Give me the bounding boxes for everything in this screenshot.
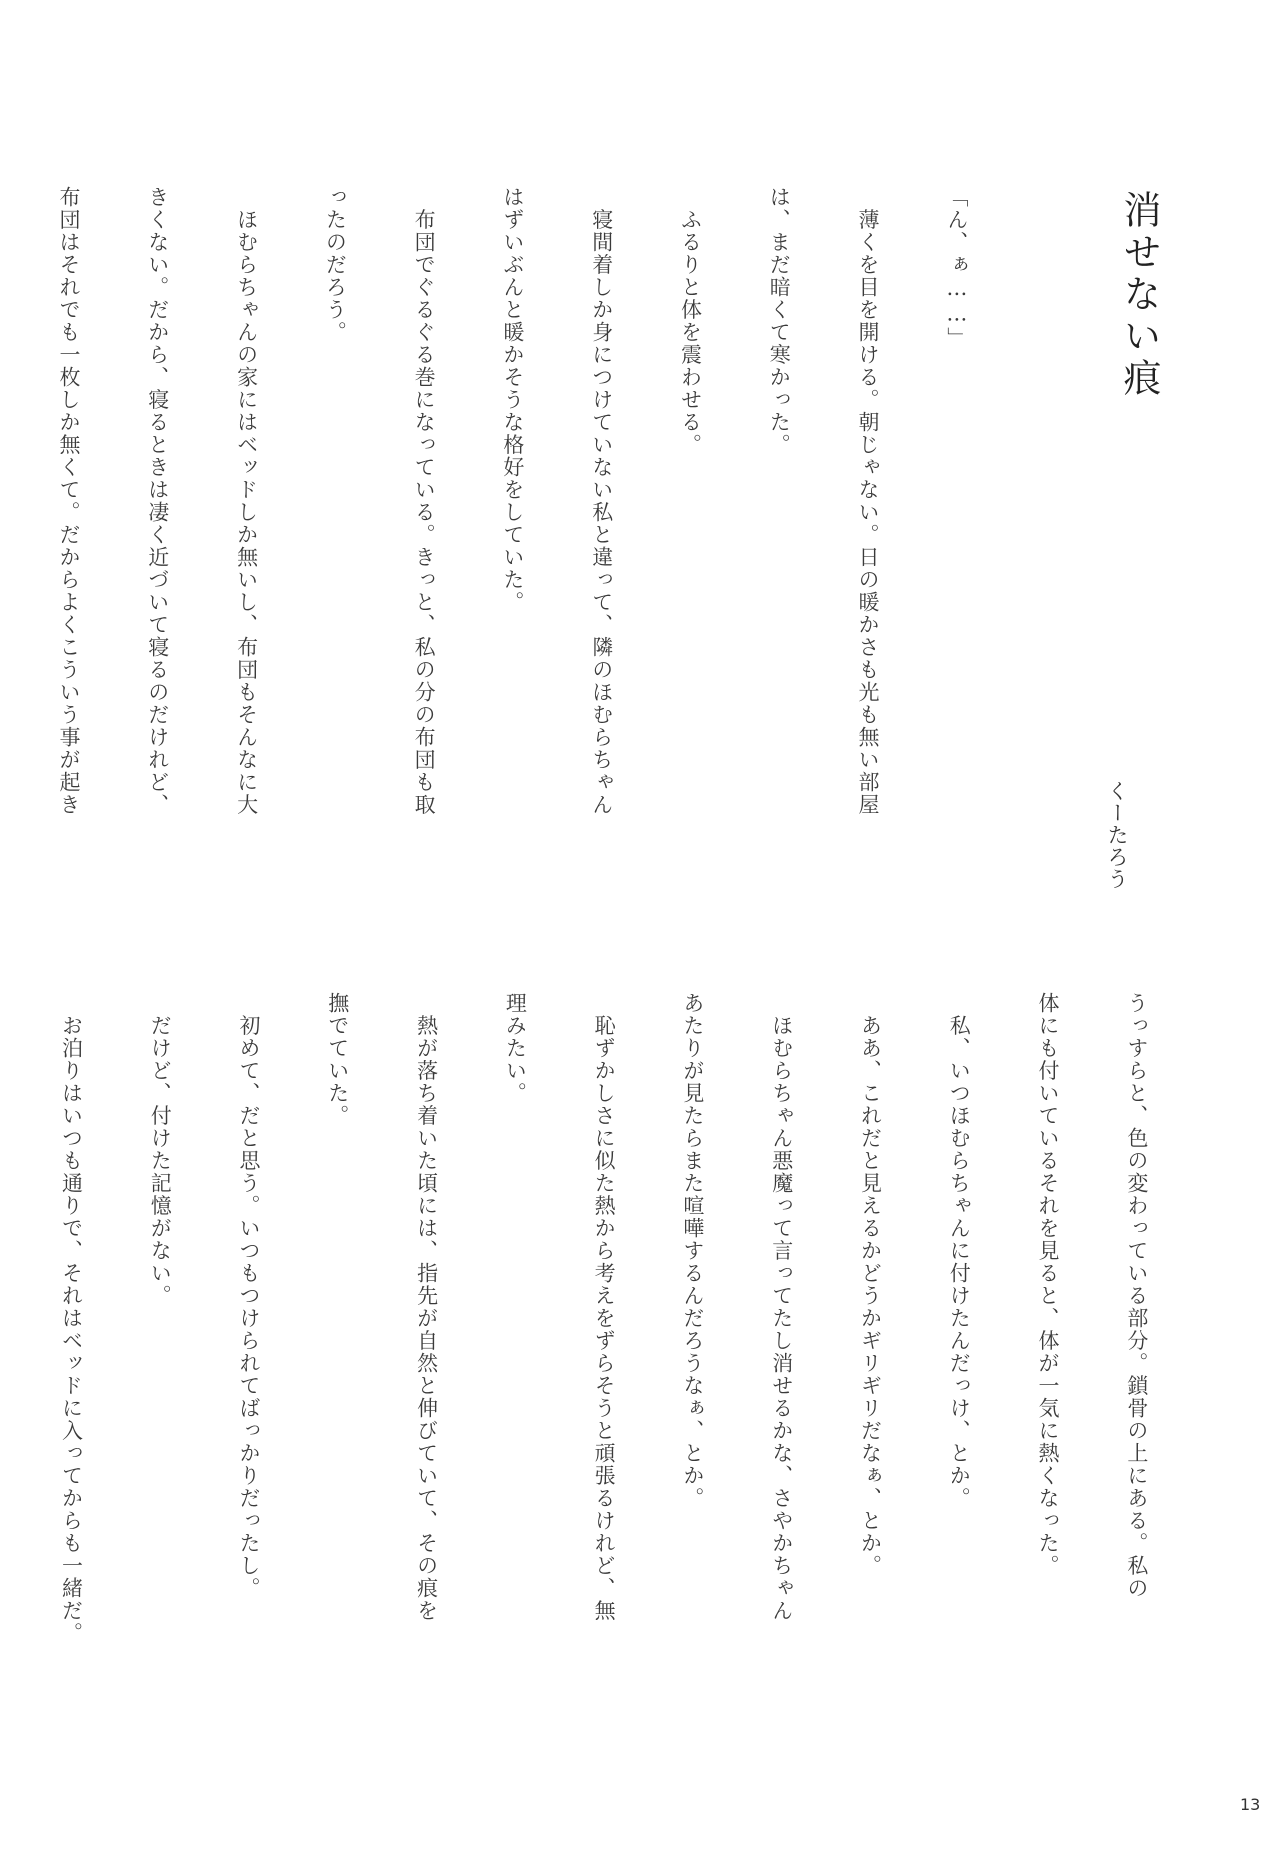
- text-column: 撫でていた。: [322, 992, 352, 1772]
- text-column: 初めて、だと思う。いつもつけられてばっかりだったし。: [233, 992, 263, 1772]
- page-number: 13: [1240, 1795, 1260, 1814]
- text-column: きくない。だから、寝るときは凄く近づいて寝るのだけれど、: [142, 186, 172, 906]
- text-column: 私、いつほむらちゃんに付けたんだっけ、とか。: [944, 992, 974, 1772]
- text-column: だけど、付けた記憶がない。: [145, 992, 175, 1772]
- text-column: 理みたい。: [500, 992, 530, 1772]
- text-column: ったのだろう。: [320, 186, 350, 906]
- text-block-upper: 「ん、ぁ……」 薄くを目を開ける。朝じゃない。日の暖かさも光も無い部屋 は、まだ…: [0, 186, 1030, 906]
- text-column: はずいぶんと暖かそうな格好をしていた。: [497, 186, 527, 906]
- text-block-lower: うっすらと、色の変わっている部分。鎖骨の上にある。私の 体にも付いているそれを見…: [0, 992, 1210, 1772]
- text-column: ああ、これだと見えるかどうかギリギリだなぁ、とか。: [855, 992, 885, 1772]
- text-column: は、まだ暗くて寒かった。: [764, 186, 794, 906]
- text-column: 寝間着しか身につけていない私と違って、隣のほむらちゃん: [586, 186, 616, 906]
- text-column: 布団でぐるぐる巻になっている。きっと、私の分の布団も取: [409, 186, 439, 906]
- text-column: 恥ずかしさに似た熱から考えをずらそうと頑張るけれど、無: [589, 992, 619, 1772]
- text-column: ふるりと体を震わせる。: [675, 186, 705, 906]
- story-title: 消せない痕: [1112, 190, 1167, 400]
- text-column: ほむらちゃんの家にはベッドしか無いし、布団もそんなに大: [231, 186, 261, 906]
- text-column: 薄くを目を開ける。朝じゃない。日の暖かさも光も無い部屋: [852, 186, 882, 906]
- text-column: あたりが見たらまた喧嘩するんだろうなぁ、とか。: [677, 992, 707, 1772]
- author-name: くーたろう: [1102, 780, 1132, 890]
- text-column: 布団はそれでも一枚しか無くて。だからよくこういう事が起き: [53, 186, 83, 906]
- text-column: 体にも付いているそれを見ると、体が一気に熱くなった。: [1032, 992, 1062, 1772]
- text-column: うっすらと、色の変わっている部分。鎖骨の上にある。私の: [1121, 992, 1151, 1772]
- text-column: 熱が落ち着いた頃には、指先が自然と伸びていて、その痕を: [411, 992, 441, 1772]
- text-column: ほむらちゃん悪魔って言ってたし消せるかな、さやかちゃん: [766, 992, 796, 1772]
- text-column: 「ん、ぁ……」: [941, 186, 971, 906]
- text-column: お泊りはいつも通りで、それはベッドに入ってからも一緒だ。: [56, 992, 86, 1772]
